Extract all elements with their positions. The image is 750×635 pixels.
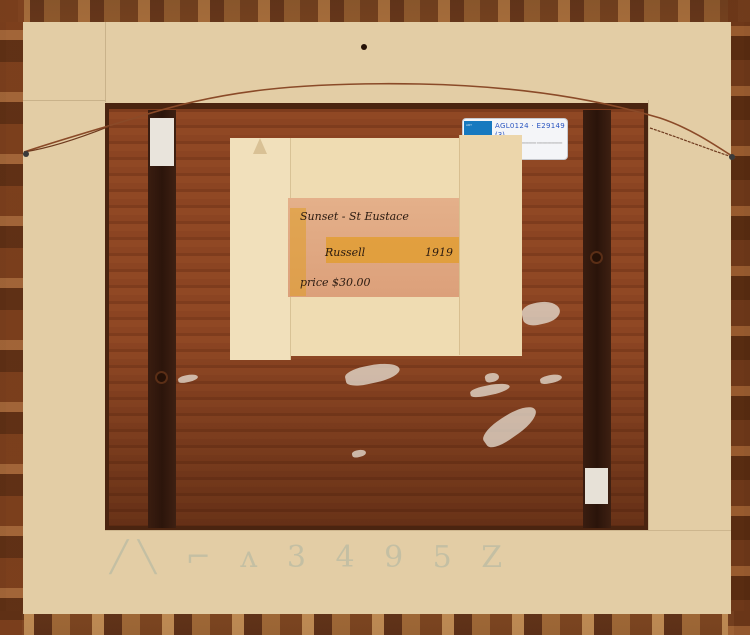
backing-seam — [105, 530, 731, 531]
pencil-inscription: ╱╲ ⌐ ʌ 3 4 9 5 Z — [110, 540, 670, 580]
backing-seam — [105, 22, 106, 102]
paint-patch — [150, 118, 174, 166]
label-artist-text: Russell — [325, 246, 365, 259]
sticker-fine-print: ━━━━━━━━━━ ━━━━━━━━━━━━━━ — [518, 141, 566, 145]
stretcher-bar-right — [583, 110, 611, 528]
stretcher-bar-left — [148, 110, 176, 528]
screw-hole — [157, 373, 166, 382]
label-price-text: price $30.00 — [300, 276, 370, 289]
frame-edge-top — [0, 0, 750, 22]
frame-edge-left — [0, 0, 24, 635]
tape-strip-right — [460, 135, 522, 355]
painting-back-photo: ╱╲ ⌐ ʌ 3 4 9 5 Z Sunset - St Eustace Rus… — [0, 0, 750, 635]
label-year-text: 1919 — [425, 246, 453, 259]
envelope-tape-strip — [230, 138, 290, 360]
paper-patch — [585, 468, 608, 504]
label-title-text: Sunset - St Eustace — [300, 210, 409, 223]
frame-edge-right — [728, 0, 750, 635]
nail-hole — [361, 44, 367, 50]
backing-seam — [648, 100, 649, 530]
backing-seam — [23, 100, 105, 101]
screw-hole — [592, 253, 601, 262]
frame-edge-bottom — [0, 611, 750, 635]
